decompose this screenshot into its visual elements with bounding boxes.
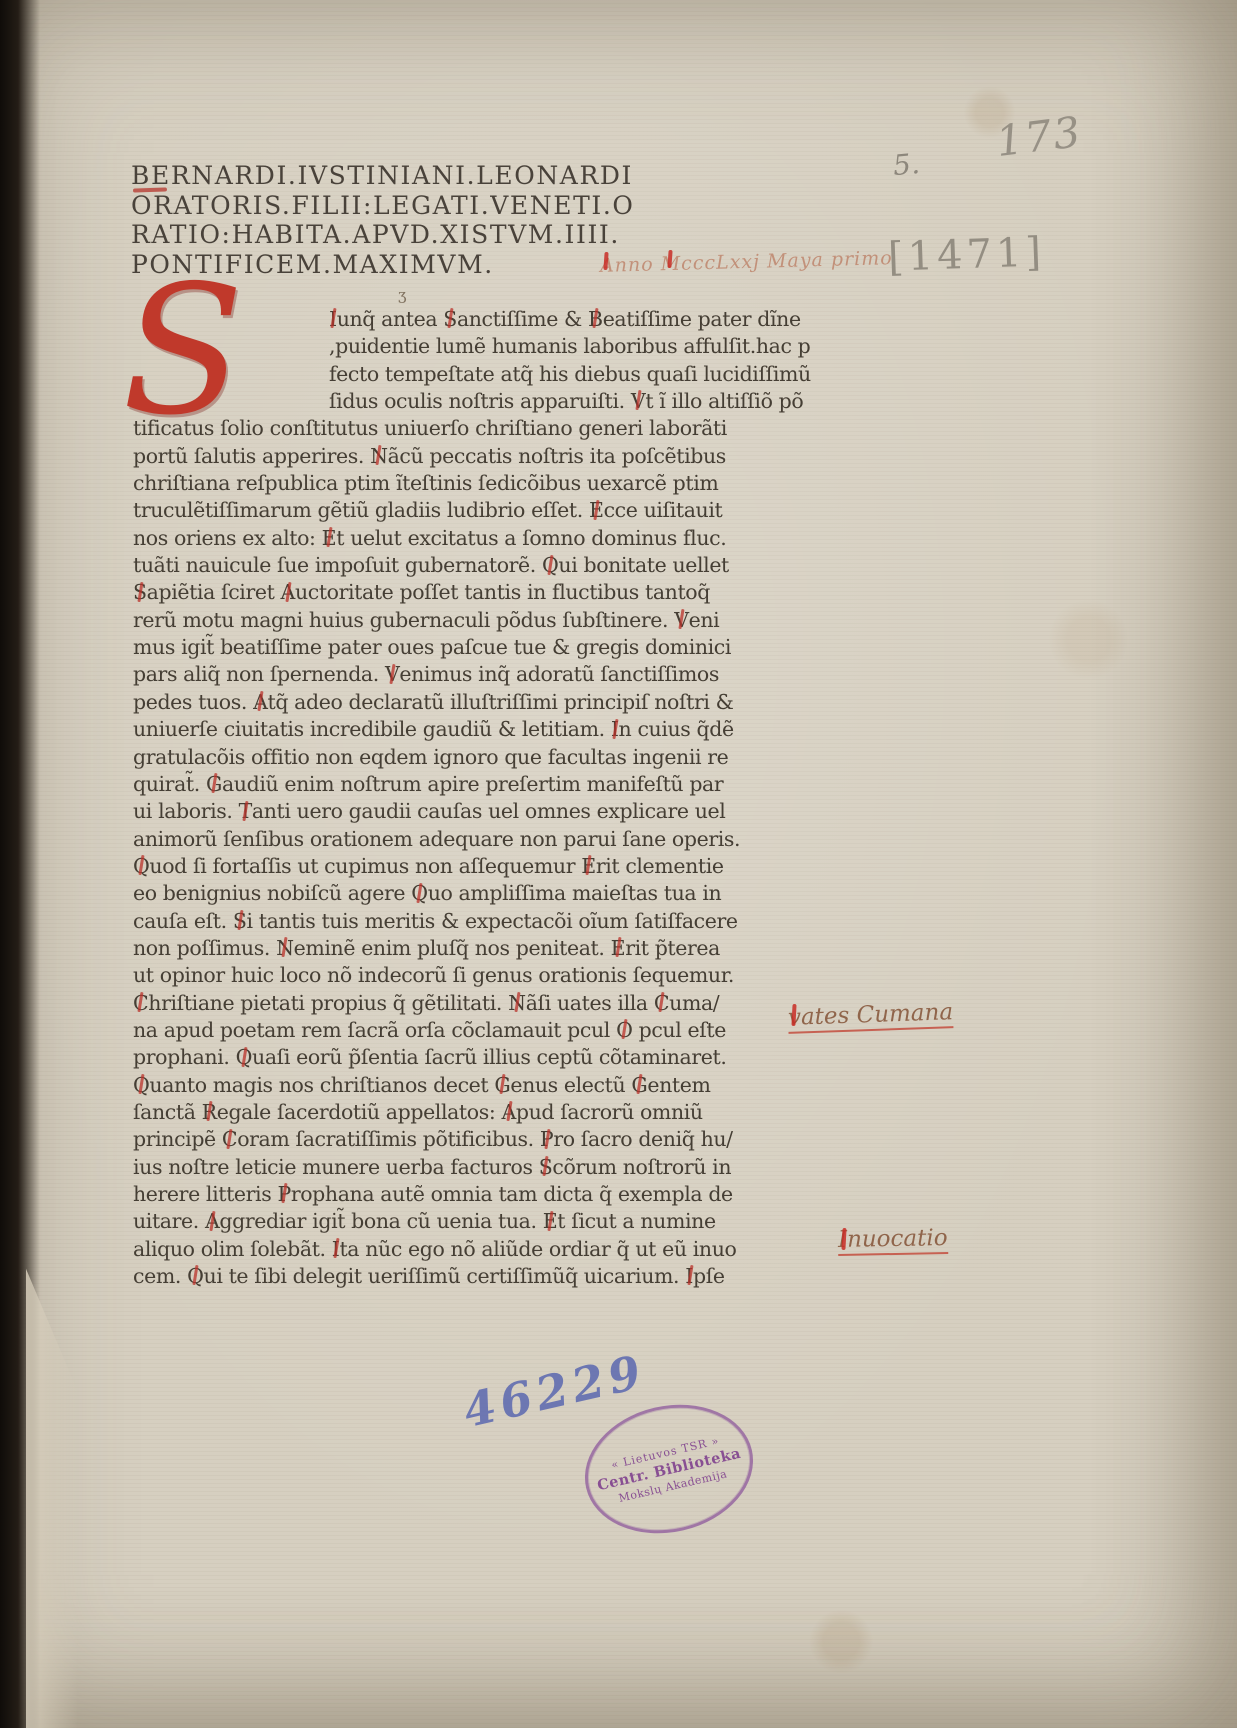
body-line: Iunq̃ antea Sanctiſſime & Beatiſſime pat… bbox=[133, 307, 718, 334]
body-line: gratulacõis offitio non eqdem ignoro qu… bbox=[133, 745, 718, 772]
rubricated-capital: Q bbox=[236, 1045, 252, 1069]
body-line: non poſſimus. Neminẽ enim pluſq̃ nos pe… bbox=[133, 936, 718, 963]
rubricated-capital: Q bbox=[542, 553, 558, 577]
title-line: ORATORIS.FILII:LEGATI.VENETI.O bbox=[131, 191, 634, 221]
body-line: mus igit̃ beatiſſime pater oues paſcue t… bbox=[133, 635, 718, 662]
margin-note-inuocatio: Inuocatio bbox=[838, 1225, 948, 1256]
rubricated-capital: E bbox=[543, 1209, 558, 1233]
rubricated-capital: O bbox=[616, 1018, 632, 1042]
body-line: principẽ Coram ſacratiſſimis põtificib… bbox=[133, 1127, 718, 1154]
rubricated-capital: V bbox=[385, 662, 399, 686]
rubricated-capital: G bbox=[631, 1073, 647, 1097]
rubricated-capital: I bbox=[329, 307, 337, 331]
rubricated-capital: E bbox=[581, 854, 596, 878]
body-text: Iunq̃ antea Sanctiſſime & Beatiſſime pat… bbox=[133, 307, 718, 1291]
rubricated-capital: I bbox=[332, 1237, 340, 1261]
title-line: BERNARDI.IVSTINIANI.LEONARDI bbox=[131, 161, 634, 191]
body-line: truculẽtiſſimarum gẽtiũ gladiis ludib… bbox=[133, 498, 718, 525]
rubricated-capital: S bbox=[133, 580, 147, 604]
body-line: prophani. Quaſi eorũ p̃ſentia ſacrũ il… bbox=[133, 1045, 718, 1072]
body-line: ius noſtre leticie munere uerba facturos… bbox=[133, 1155, 718, 1182]
rubricated-capital: C bbox=[133, 991, 148, 1015]
body-line: ,puidentie lumẽ humanis laboribus afful… bbox=[133, 334, 718, 361]
rubricated-capital: A bbox=[281, 580, 295, 604]
rubricated-capital: G bbox=[206, 772, 222, 796]
rubricated-capital: A bbox=[205, 1209, 219, 1233]
body-line: fecto tempeſtate atq̃ his diebus quaſi l… bbox=[133, 362, 718, 389]
rubricated-capital: A bbox=[253, 690, 267, 714]
rubricated-capital: N bbox=[370, 444, 388, 468]
body-line: eo benignius nobiſcũ agere Quo ampliſſi… bbox=[133, 881, 718, 908]
body-line: animorũ ſenſibus orationem adequare non… bbox=[133, 827, 718, 854]
rubricated-capital: P bbox=[277, 1182, 290, 1206]
rubricated-capital: T bbox=[239, 799, 252, 823]
body-line: pars aliq̃ non ſpernenda. Venimus inq̃ a… bbox=[133, 662, 718, 689]
rubricated-capital: A bbox=[501, 1100, 515, 1124]
rubricated-capital: S bbox=[443, 307, 457, 331]
rubricated-capital: E bbox=[611, 936, 626, 960]
rubricated-capital: C bbox=[222, 1127, 237, 1151]
body-line: tificatus ſolio conſtitutus uniuerſo chr… bbox=[133, 416, 718, 443]
body-line: ſidus oculis noſtris apparuiſti. Vt ĩ i… bbox=[133, 389, 718, 416]
rubricated-capital: I bbox=[611, 717, 619, 741]
rubricated-capital: E bbox=[589, 498, 604, 522]
rubricated-capital: R bbox=[202, 1100, 217, 1124]
title-line: RATIO:HABITA.APVD.XISTVM.IIII. bbox=[131, 220, 634, 250]
body-line: quirat̃. Gaudiũ enim noſtrum apire preſ… bbox=[133, 772, 718, 799]
rubricated-capital: V bbox=[674, 608, 688, 632]
margin-note-cumana: vates Cumana bbox=[788, 999, 954, 1034]
body-line: uitare. Aggrediar igit̃ bona cũ uenia t… bbox=[133, 1209, 718, 1236]
body-line: rerũ motu magni huius gubernaculi põdu… bbox=[133, 608, 718, 635]
rubricated-capital: Q bbox=[411, 881, 427, 905]
body-line: aliquo olim ſolebãt. Ita nũc ego nõ a… bbox=[133, 1237, 718, 1264]
rubricated-capital: Q bbox=[133, 1073, 149, 1097]
body-line: chriſtiana reſpublica ptim ĩteſtinis ſe… bbox=[133, 471, 718, 498]
rubricated-capital: Q bbox=[187, 1264, 203, 1288]
rubricated-capital: V bbox=[631, 389, 645, 413]
body-line: pedes tuos. Atq̃ adeo declaratũ illuſtr… bbox=[133, 690, 718, 717]
body-line: Chriſtiane pietati propius q̃ gẽtilitat… bbox=[133, 991, 718, 1018]
rubricated-capital: N bbox=[508, 991, 526, 1015]
rubricated-capital: N bbox=[276, 936, 294, 960]
rubricated-capital: S bbox=[233, 909, 247, 933]
body-line: ſanctã Regale ſacerdotiũ appellatos: A… bbox=[133, 1100, 718, 1127]
body-line: Quod ſi fortaſſis ut cupimus non aſſeque… bbox=[133, 854, 718, 881]
body-line: ut opinor huic loco nõ indecorũ ſi gen… bbox=[133, 963, 718, 990]
body-line: portũ ſalutis apperires. Nãcũ peccati… bbox=[133, 444, 718, 471]
rubricated-capital: C bbox=[654, 991, 669, 1015]
body-line: na apud poetam rem ſacrã orſa cõclamau… bbox=[133, 1018, 718, 1045]
body-line: Quanto magis nos chriſtianos decet Genus… bbox=[133, 1073, 718, 1100]
body-line: cauſa eſt. Si tantis tuis meritis & expe… bbox=[133, 909, 718, 936]
rubricated-capital: S bbox=[539, 1155, 553, 1179]
body-line: Sapiẽtia ſciret Auctoritate poſſet tant… bbox=[133, 580, 718, 607]
body-line: ui laboris. Tanti uero gaudii cauſas uel… bbox=[133, 799, 718, 826]
manuscript-page-scan: BERNARDI.IVSTINIANI.LEONARDI ORATORIS.FI… bbox=[0, 0, 1237, 1728]
pencil-year-annotation: [1471] bbox=[887, 229, 1046, 280]
rubricated-capital: P bbox=[540, 1127, 553, 1151]
paragraph-mark: ʒ bbox=[398, 286, 406, 304]
pencil-page-number: 173 bbox=[993, 107, 1085, 166]
pencil-folio-number: 5. bbox=[892, 147, 921, 182]
rubricated-capital: E bbox=[322, 526, 337, 550]
manuscript-date-annotation: Anno McccLxxj Maya primo bbox=[600, 247, 893, 277]
library-stamp: « Lietuvos TSR » Centr. Biblioteka Moksl… bbox=[572, 1388, 766, 1549]
rubricated-capital: Q bbox=[133, 854, 149, 878]
body-line: herere litteris Prophana autẽ omnia tam… bbox=[133, 1182, 718, 1209]
rubricated-capital: G bbox=[494, 1073, 510, 1097]
body-line: cem. Qui te ſibi delegit ueriſſimũ cert… bbox=[133, 1264, 718, 1291]
body-line: nos oriens ex alto: Et uelut excitatus a… bbox=[133, 526, 718, 553]
body-line: tuãti nauicule ſue impoſuit gubernatore… bbox=[133, 553, 718, 580]
rubricated-capital: I bbox=[685, 1264, 693, 1288]
rubricated-capital: B bbox=[588, 307, 603, 331]
body-line: uniuerſe ciuitatis incredibile gaudiũ &… bbox=[133, 717, 718, 744]
